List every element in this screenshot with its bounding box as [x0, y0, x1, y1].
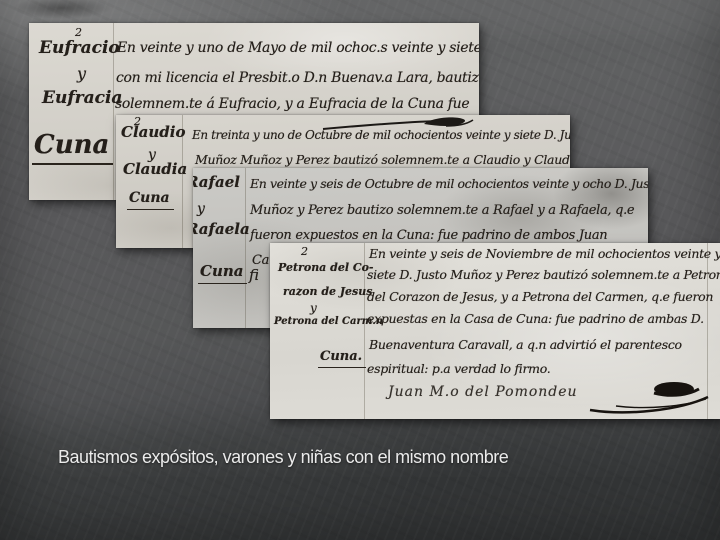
record-line: siete D. Justo Muñoz y Perez bautizó sol…: [367, 268, 720, 282]
slide-caption: Bautismos expósitos, varones y niñas con…: [58, 447, 508, 468]
margin-name: Rafaela: [193, 221, 250, 238]
margin-conjunction: y: [77, 65, 86, 83]
record-line: En veinte y seis de Octubre de mil ochoc…: [250, 177, 648, 191]
record-line: En veinte y seis de Noviembre de mil och…: [369, 247, 720, 261]
margin-cuna-label: Cuna: [32, 131, 113, 165]
record-line: solemnem.te á Eufracio, y a Eufracia de …: [115, 97, 469, 112]
margin-conjunction: y: [310, 302, 317, 315]
margin-name: Eufracio: [39, 39, 120, 58]
margin-cuna-label: Cuna: [127, 191, 174, 210]
signature-rubric-icon: [586, 379, 714, 419]
margin-name: Claudia: [123, 161, 187, 178]
margin-name: Claudio: [121, 124, 185, 141]
manuscript-scan-4: 2 Petrona del Co- razon de Jesus y Petro…: [270, 243, 720, 419]
margin-name: Eufracia: [42, 89, 122, 108]
record-line: Buenaventura Caravall, a q.n advirtió el…: [369, 338, 682, 352]
ruled-line: [245, 168, 246, 328]
record-line: del Corazon de Jesus, y a Petrona del Ca…: [367, 290, 713, 304]
record-line: En veinte y uno de Mayo de mil ochoc.s v…: [117, 41, 479, 56]
margin-name: Rafael: [193, 174, 240, 191]
margin-cuna-label: Cuna.: [318, 350, 366, 368]
margin-name: razon de Jesus: [283, 286, 372, 298]
record-line: En treinta y uno de Octubre de mil ochoc…: [192, 129, 570, 142]
margin-note: fi: [249, 267, 259, 284]
record-line: Ca: [252, 254, 269, 268]
margin-name: Petrona del Co-: [278, 262, 374, 274]
margin-conjunction: y: [197, 202, 205, 217]
record-line: expuestas en la Casa de Cuna: fue padrin…: [367, 312, 704, 326]
record-line: fueron expuestos en la Cuna: fue padrino…: [250, 229, 607, 243]
record-line: Muñoz Muñoz y Perez bautizó solemnem.te …: [195, 153, 570, 167]
record-line: con mi licencia el Presbit.o D.n Buenav.…: [116, 71, 479, 86]
priest-signature: Juan M.o del Pomondeu: [388, 385, 578, 400]
margin-mark: 2: [301, 246, 308, 258]
record-line: espiritual: p.a verdad lo firmo.: [367, 362, 550, 376]
margin-cuna-label: Cuna: [198, 263, 247, 284]
record-line: Muñoz y Perez bautizo solemnem.te a Rafa…: [250, 204, 634, 218]
slide-canvas: 2 Eufracio y Eufracia Cuna En veinte y u…: [0, 0, 720, 540]
